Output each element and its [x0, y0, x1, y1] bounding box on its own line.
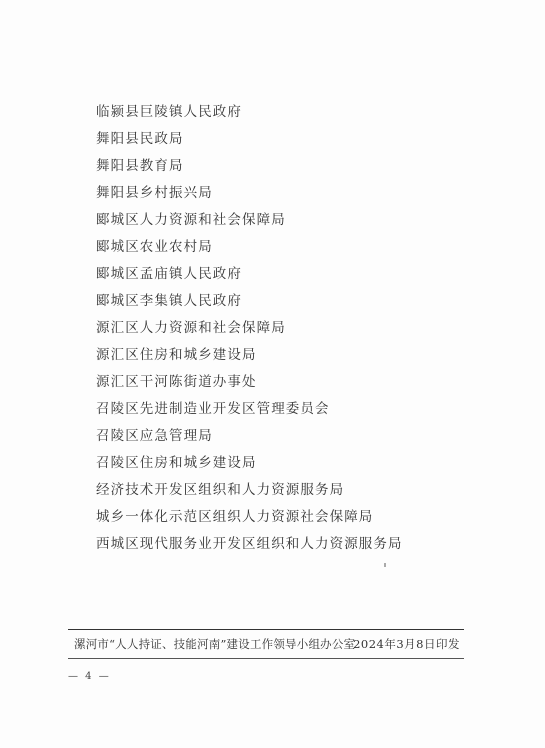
recipient-item: 舞阳县乡村振兴局: [96, 180, 403, 207]
recipient-item: 临颍县巨陵镇人民政府: [96, 99, 403, 126]
recipient-item: 郾城区李集镇人民政府: [96, 288, 403, 315]
recipient-item: 召陵区先进制造业开发区管理委员会: [96, 396, 403, 423]
recipient-item: 西城区现代服务业开发区组织和人力资源服务局: [96, 531, 403, 558]
issue-date: 2024年3月8日印发: [353, 636, 460, 652]
issuing-office: 漯河市“人人持证、技能河南”建设工作领导小组办公室: [74, 636, 355, 652]
document-page: 临颍县巨陵镇人民政府 舞阳县民政局 舞阳县教育局 舞阳县乡村振兴局 郾城区人力资…: [0, 0, 545, 748]
recipient-item: 源汇区干河陈街道办事处: [96, 369, 403, 396]
issuance-footer: 漯河市“人人持证、技能河南”建设工作领导小组办公室 2024年3月8日印发: [68, 629, 464, 659]
page-number: — 4 —: [68, 671, 111, 682]
recipient-item: 郾城区农业农村局: [96, 234, 403, 261]
recipient-item: 舞阳县教育局: [96, 153, 403, 180]
scan-artifact: [384, 563, 386, 567]
recipient-item: 召陵区住房和城乡建设局: [96, 450, 403, 477]
recipient-list: 临颍县巨陵镇人民政府 舞阳县民政局 舞阳县教育局 舞阳县乡村振兴局 郾城区人力资…: [96, 99, 403, 558]
recipient-item: 经济技术开发区组织和人力资源服务局: [96, 477, 403, 504]
recipient-item: 城乡一体化示范区组织人力资源社会保障局: [96, 504, 403, 531]
recipient-item: 郾城区人力资源和社会保障局: [96, 207, 403, 234]
recipient-item: 源汇区人力资源和社会保障局: [96, 315, 403, 342]
recipient-item: 源汇区住房和城乡建设局: [96, 342, 403, 369]
recipient-item: 召陵区应急管理局: [96, 423, 403, 450]
recipient-item: 郾城区孟庙镇人民政府: [96, 261, 403, 288]
recipient-item: 舞阳县民政局: [96, 126, 403, 153]
